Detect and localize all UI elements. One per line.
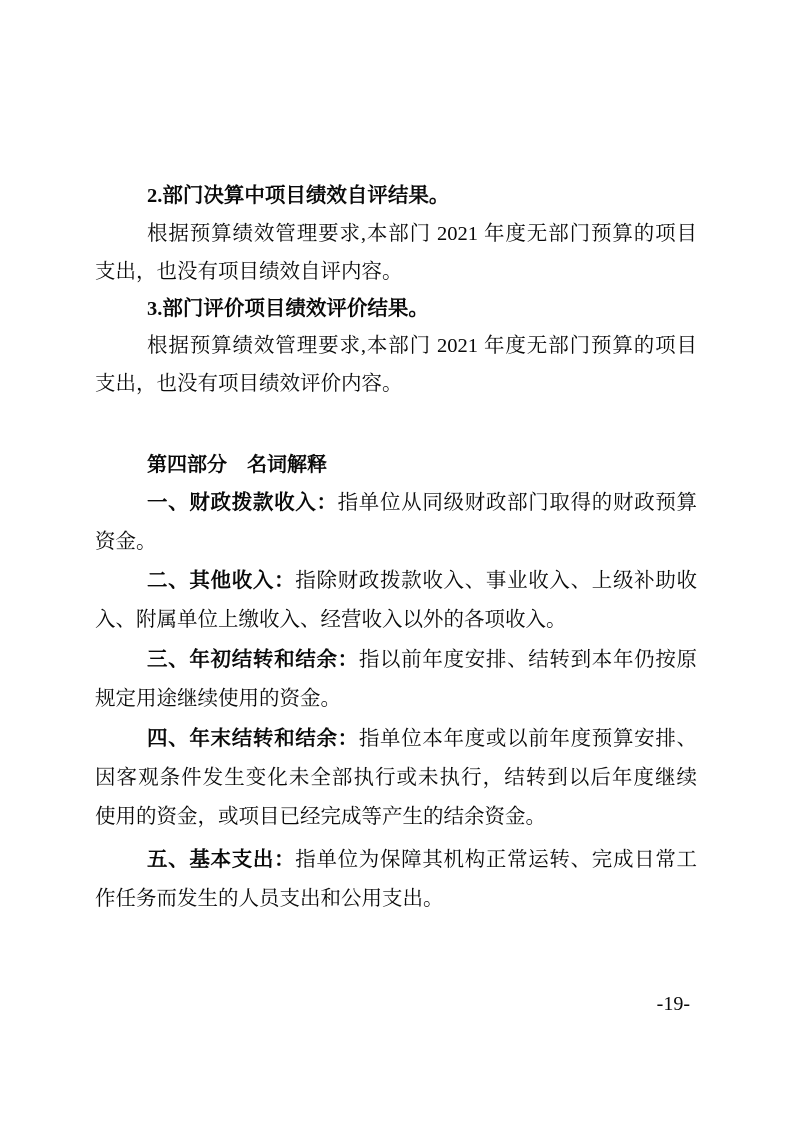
term-2-definition: 指除财政拨款收入、事业收入、上级补助收 bbox=[295, 570, 697, 592]
term-5-line-1: 五、基本支出：指单位为保障其机构正常运转、完成日常工 bbox=[147, 847, 697, 873]
term-4-label: 四、年末结转和结余： bbox=[147, 728, 359, 750]
item-2-body-line-2: 支出，也没有项目绩效自评内容。 bbox=[95, 259, 697, 285]
term-1-definition: 指单位从同级财政部门取得的财政预算 bbox=[338, 492, 697, 514]
term-3-line-2: 规定用途继续使用的资金。 bbox=[95, 686, 697, 712]
term-2-line-2: 入、附属单位上缴收入、经营收入以外的各项收入。 bbox=[95, 607, 697, 633]
term-1-line-1: 一、财政拨款收入：指单位从同级财政部门取得的财政预算 bbox=[147, 490, 697, 516]
item-3-body-line-1: 根据预算绩效管理要求,本部门 2021 年度无部门预算的项目 bbox=[147, 333, 697, 359]
term-1-label: 一、财政拨款收入： bbox=[147, 492, 338, 514]
term-5-line-2: 作任务而发生的人员支出和公用支出。 bbox=[95, 886, 697, 912]
term-4-line-2: 因客观条件发生变化未全部执行或未执行，结转到以后年度继续 bbox=[95, 765, 697, 791]
document-page: 2.部门决算中项目绩效自评结果。 根据预算绩效管理要求,本部门 2021 年度无… bbox=[0, 0, 793, 1122]
term-2-line-1: 二、其他收入：指除财政拨款收入、事业收入、上级补助收 bbox=[147, 568, 697, 594]
term-3-label: 三、年初结转和结余： bbox=[147, 649, 359, 671]
term-1-line-2: 资金。 bbox=[95, 529, 697, 555]
item-2-body-line-1: 根据预算绩效管理要求,本部门 2021 年度无部门预算的项目 bbox=[147, 221, 697, 247]
part4-title: 第四部分 名词解释 bbox=[147, 452, 697, 478]
term-3-line-1: 三、年初结转和结余：指以前年度安排、结转到本年仍按原 bbox=[147, 647, 697, 673]
heading-item-3: 3.部门评价项目绩效评价结果。 bbox=[147, 296, 697, 322]
page-number: -19- bbox=[657, 992, 690, 1016]
term-4-line-3: 使用的资金，或项目已经完成等产生的结余资金。 bbox=[95, 804, 697, 830]
term-5-definition: 指单位为保障其机构正常运转、完成日常工 bbox=[295, 849, 697, 871]
term-2-label: 二、其他收入： bbox=[147, 570, 295, 592]
term-4-line-1: 四、年末结转和结余：指单位本年度或以前年度预算安排、 bbox=[147, 726, 697, 752]
term-3-definition: 指以前年度安排、结转到本年仍按原 bbox=[359, 649, 697, 671]
item-3-body-line-2: 支出，也没有项目绩效评价内容。 bbox=[95, 371, 697, 397]
heading-item-2: 2.部门决算中项目绩效自评结果。 bbox=[147, 183, 697, 209]
term-4-definition: 指单位本年度或以前年度预算安排、 bbox=[359, 728, 697, 750]
term-5-label: 五、基本支出： bbox=[147, 849, 295, 871]
